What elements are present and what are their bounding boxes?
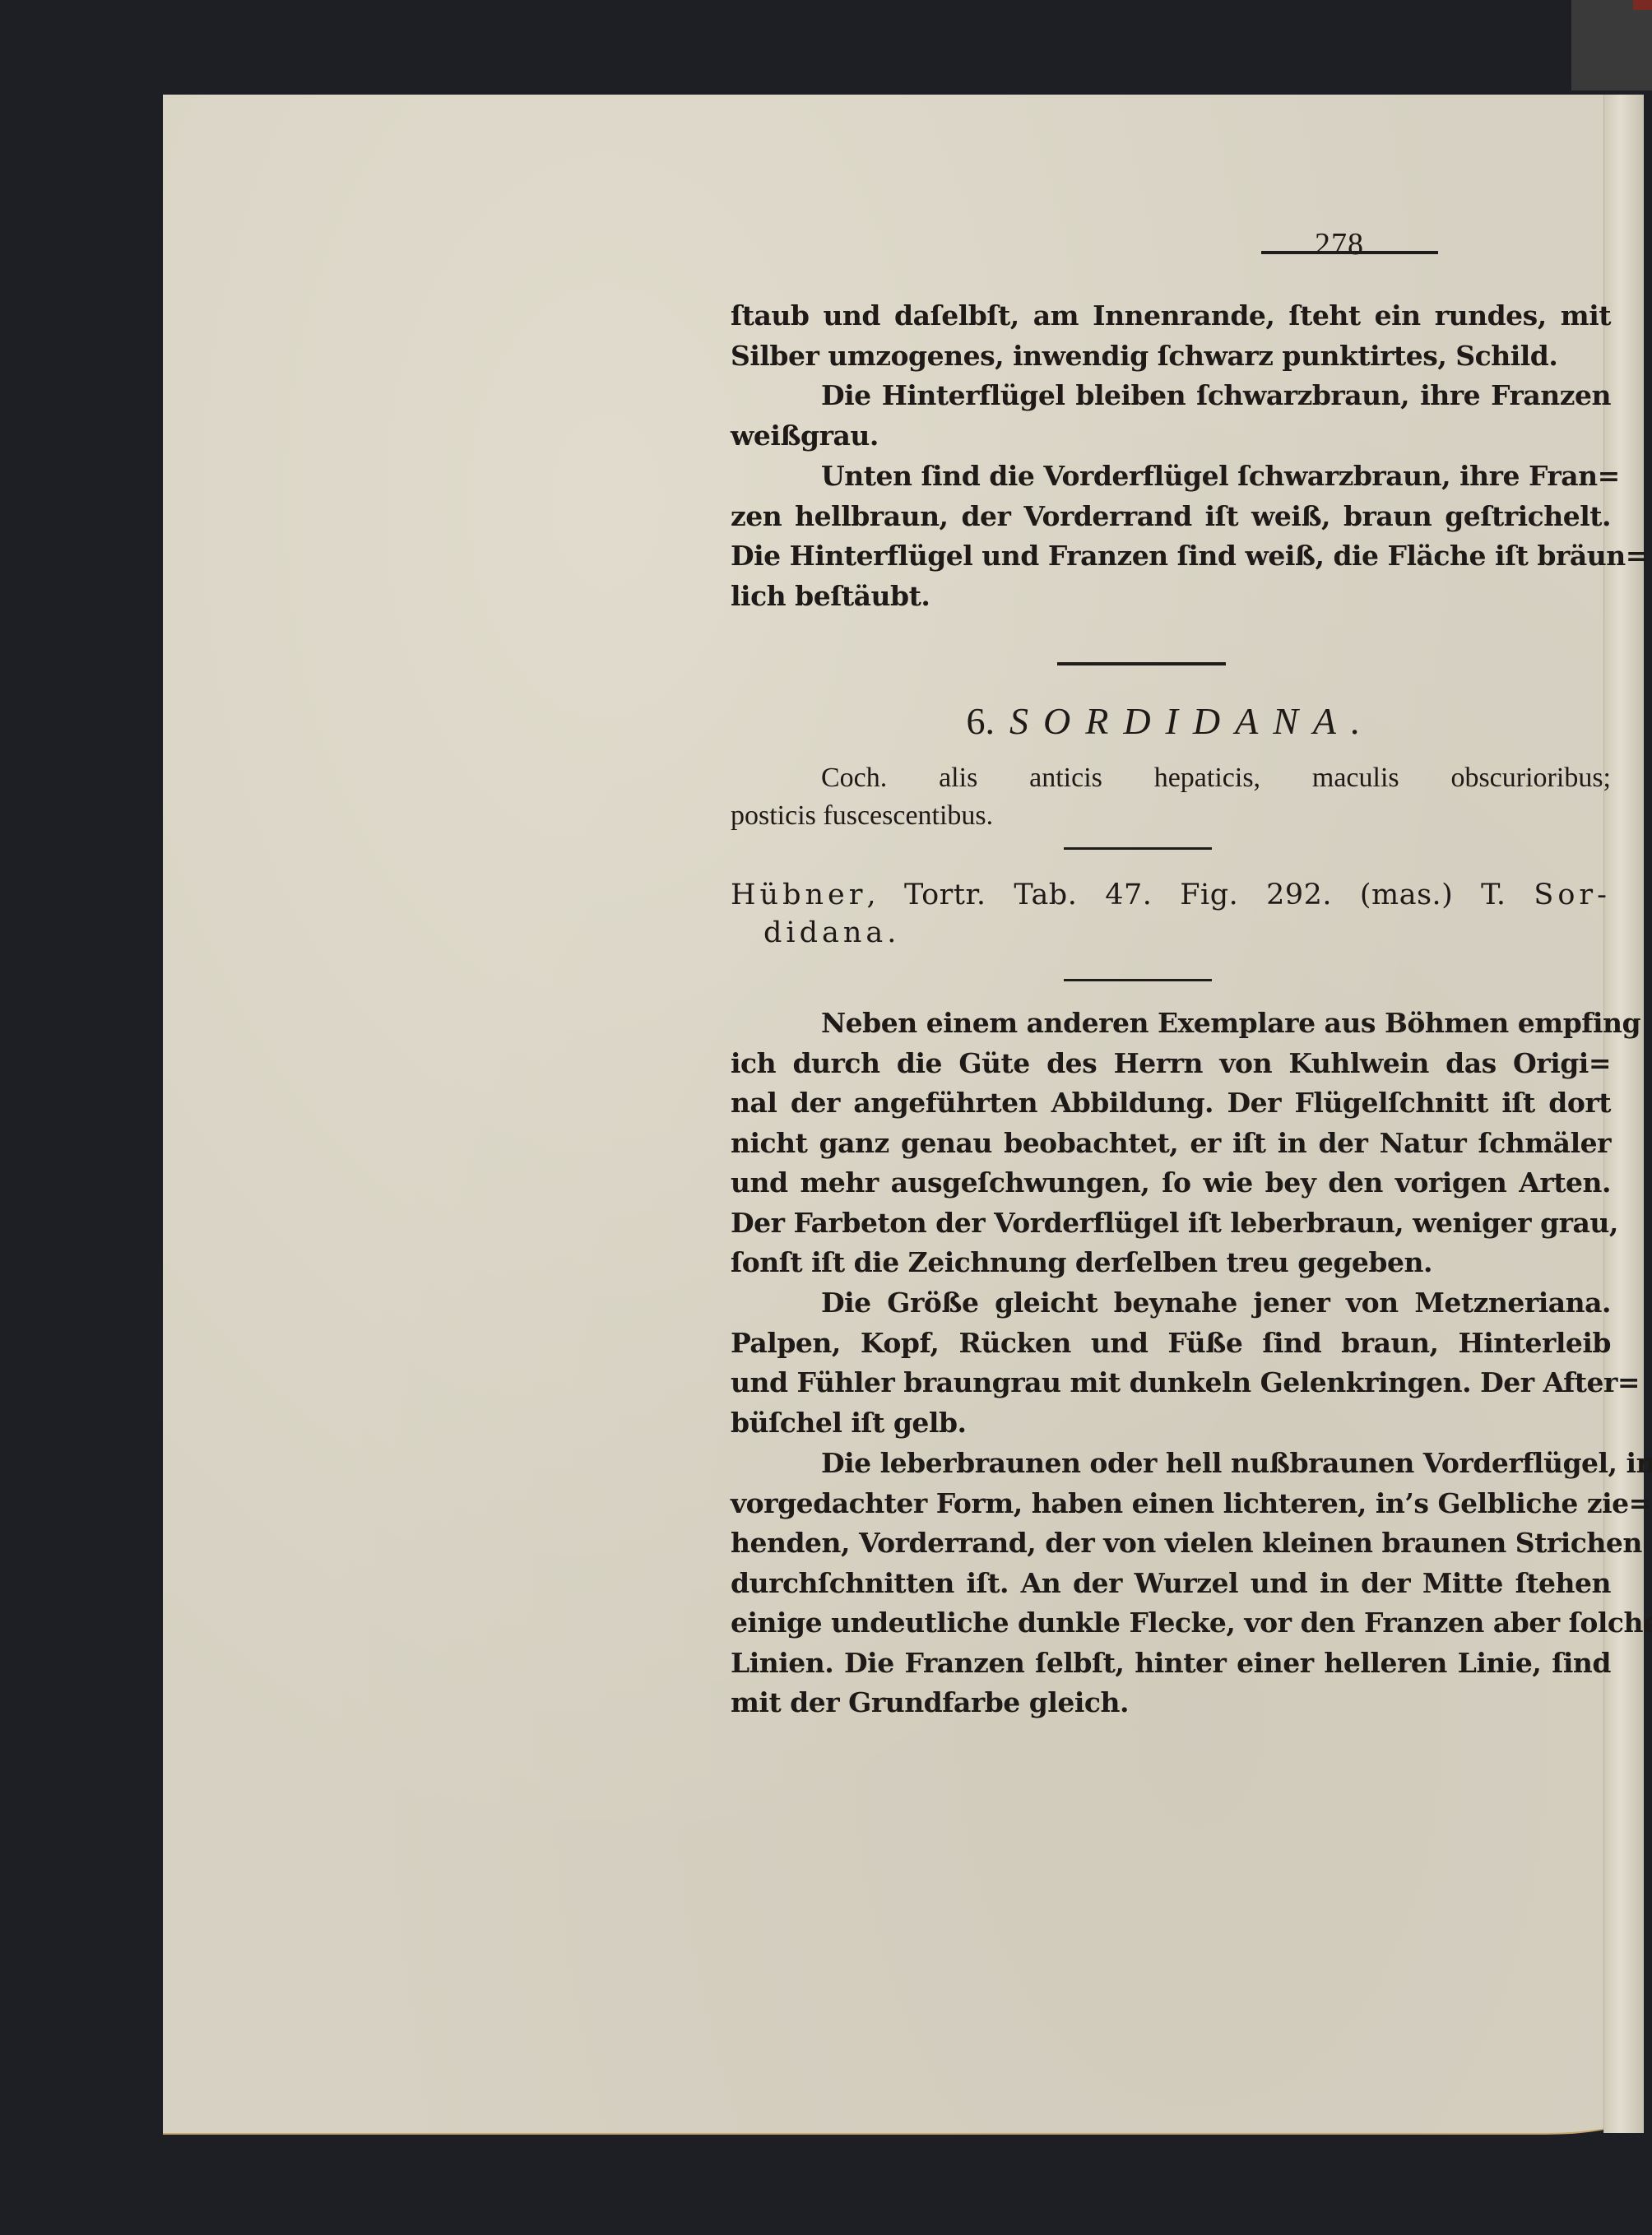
text-line: Der Farbeton der Vorderflügel iſt leberb… [731,1203,1611,1244]
text-line: durchſchnitten iſt. An der Wurzel und in… [731,1564,1611,1604]
text-line: Die Hinterflügel bleiben ſchwarzbraun, i… [731,376,1611,416]
text-line: ich durch die Güte des Herrn von Kuhlwei… [731,1044,1611,1084]
text-line: zen hellbraun, der Vorderrand iſt weiß, … [731,497,1611,537]
text-line: büſchel iſt gelb. [731,1403,1611,1444]
scan-background-corner-accent [1633,0,1652,10]
species-number: 6. [967,700,995,742]
page-number: 278 [1315,226,1364,262]
section-divider [1064,979,1212,981]
text-line: und Fühler braungrau mit dunkeln Gelenkr… [731,1363,1611,1403]
species-heading: 6.SORDIDANA. [731,699,1611,743]
bibliographic-reference: Hübner, Tortr. Tab. 47. Fig. 292. (mas.)… [731,876,1611,952]
text-line: mit der Grundfarbe gleich. [731,1683,1611,1723]
paragraph-hinterfluegel: Die Hinterflügel bleiben ſchwarzbraun, i… [731,376,1611,456]
book-page: 278 ſtaub und daſelbſt, am Innenrande, ſ… [163,95,1644,2135]
reference-citation: , Tortr. Tab. 47. Fig. 292. (mas.) T. [866,879,1506,911]
text-line: Linien. Die Franzen ſelbſt, hinter einer… [731,1644,1611,1684]
text-line: Silber umzogenes, inwendig ſchwarz punkt… [731,336,1611,377]
species-name: SORDIDANA. [1009,700,1375,742]
text-line: vorgedachter Form, haben einen lichteren… [731,1484,1611,1524]
paragraph-unten: Unten ſind die Vorderflügel ſchwarzbraun… [731,457,1611,616]
text-line: Die leberbraunen oder hell nußbraunen Vo… [731,1444,1611,1484]
text-line: Die Größe gleicht beynahe jener von Metz… [731,1283,1611,1324]
paragraph-groesse: Die Größe gleicht beynahe jener von Metz… [731,1283,1611,1443]
reference-species-start: Sor- [1534,879,1611,911]
text-line: Die Hinterflügel und Franzen ſind weiß, … [731,536,1611,577]
text-line: nal der angeführten Abbildung. Der Flüge… [731,1083,1611,1124]
text-line: und mehr ausgeſchwungen, ſo wie bey den … [731,1163,1611,1203]
text-line: ſtaub und daſelbſt, am Innenrande, ſteht… [731,296,1611,336]
text-line: Neben einem anderen Exemplare aus Böhmen… [731,1004,1611,1044]
reference-author: Hübner [731,879,866,911]
paragraph-leberbraun: Die leberbraunen oder hell nußbraunen Vo… [731,1444,1611,1723]
latin-diagnosis: Coch. alis anticis hepaticis, maculis ob… [731,759,1611,835]
text-line: ſonſt iſt die Zeichnung derſelben treu g… [731,1243,1611,1283]
page-header: 278 [1241,226,1438,262]
reference-line: Hübner, Tortr. Tab. 47. Fig. 292. (mas.)… [731,876,1611,914]
paragraph-intro: ſtaub und daſelbſt, am Innenrande, ſteht… [731,296,1611,376]
text-line: lich beſtäubt. [731,577,1611,617]
text-line: Palpen, Kopf, Rücken und Füße ſind braun… [731,1324,1611,1364]
paragraph-neben: Neben einem anderen Exemplare aus Böhmen… [731,1004,1611,1283]
text-line: posticis fuscescentibus. [731,797,1611,835]
text-line: Coch. alis anticis hepaticis, maculis ob… [731,759,1611,797]
section-divider [1057,662,1226,665]
section-divider [1064,847,1212,850]
reference-line: didana. [731,914,1611,952]
text-line: Unten ſind die Vorderflügel ſchwarzbraun… [731,457,1611,497]
text-line: weißgrau. [731,416,1611,457]
page-number-underline [1261,251,1438,254]
text-line: einige undeutliche dunkle Flecke, vor de… [731,1603,1611,1644]
text-line: henden, Vorderrand, der von vielen klein… [731,1523,1611,1564]
scan-background-corner [1571,0,1652,90]
text-line: nicht ganz genau beobachtet, er iſt in d… [731,1124,1611,1164]
